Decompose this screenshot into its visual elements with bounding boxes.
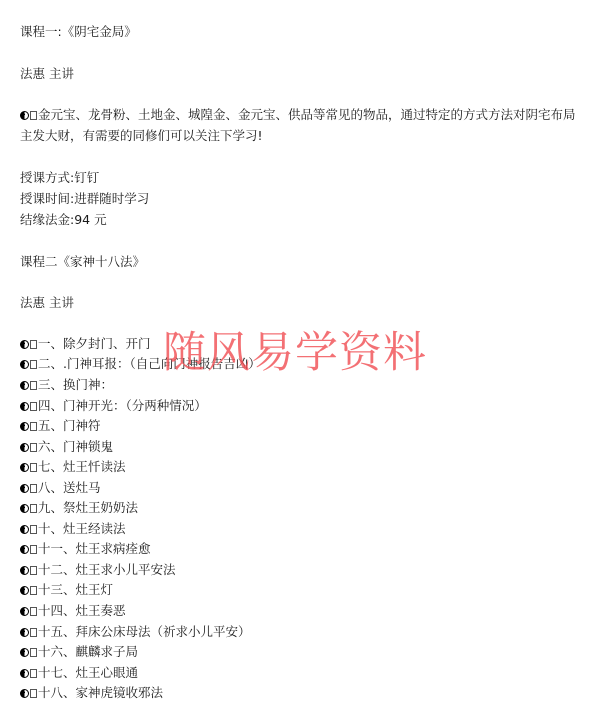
missing-glyph-icon	[30, 545, 37, 554]
course2-title: 课程二《家神十八法》	[20, 252, 145, 272]
yin-yang-bullet-icon	[20, 669, 29, 678]
yin-yang-bullet-icon	[20, 463, 29, 472]
missing-glyph-icon	[30, 360, 37, 369]
yin-yang-bullet-icon	[20, 586, 29, 595]
course2-lecturer: 法惠 主讲	[20, 293, 74, 313]
list-item: 五、门神符	[20, 416, 101, 436]
list-item: 七、灶王忏读法	[20, 457, 126, 477]
missing-glyph-icon	[30, 669, 37, 678]
yin-yang-bullet-icon	[20, 381, 29, 390]
yin-yang-bullet-icon	[20, 689, 29, 698]
course1-title: 课程一:《阴宅金局》	[20, 22, 137, 42]
list-item: 十七、灶王心眼通	[20, 663, 138, 683]
missing-glyph-icon	[30, 566, 37, 575]
course1-description-text: 金元宝、龙骨粉、土地金、城隍金、金元宝、供品等常见的物品，通过特定的方式方法对阴…	[20, 107, 576, 143]
list-item: 十、灶王经读法	[20, 519, 126, 539]
yin-yang-bullet-icon	[20, 607, 29, 616]
list-item: 十五、拜床公床母法（祈求小儿平安）	[20, 622, 251, 642]
list-item: 十三、灶王灯	[20, 580, 113, 600]
missing-glyph-icon	[30, 443, 37, 452]
yin-yang-bullet-icon	[20, 525, 29, 534]
yin-yang-bullet-icon	[20, 566, 29, 575]
list-item: 二、.门神耳报：（自己向门神报告吉凶）	[20, 354, 261, 374]
missing-glyph-icon	[30, 111, 37, 120]
list-item: 十八、家神虎镜收邪法	[20, 683, 163, 703]
yin-yang-bullet-icon	[20, 648, 29, 657]
list-item: 四、门神开光：（分两种情况）	[20, 396, 207, 416]
list-item: 十六、麒麟求子局	[20, 642, 138, 662]
missing-glyph-icon	[30, 648, 37, 657]
yin-yang-bullet-icon	[20, 340, 29, 349]
list-item: 三、换门神：	[20, 375, 113, 395]
course1-method: 授课方式:钉钉	[20, 168, 99, 188]
missing-glyph-icon	[30, 422, 37, 431]
missing-glyph-icon	[30, 484, 37, 493]
course1-lecturer: 法惠 主讲	[20, 64, 74, 84]
course1-description: 金元宝、龙骨粉、土地金、城隍金、金元宝、供品等常见的物品，通过特定的方式方法对阴…	[20, 104, 580, 146]
yin-yang-bullet-icon	[20, 545, 29, 554]
missing-glyph-icon	[30, 340, 37, 349]
missing-glyph-icon	[30, 504, 37, 513]
yin-yang-bullet-icon	[20, 628, 29, 637]
missing-glyph-icon	[30, 586, 37, 595]
list-item: 十一、灶王求病痊愈	[20, 539, 151, 559]
yin-yang-bullet-icon	[20, 111, 29, 120]
yin-yang-bullet-icon	[20, 504, 29, 513]
yin-yang-bullet-icon	[20, 402, 29, 411]
missing-glyph-icon	[30, 607, 37, 616]
missing-glyph-icon	[30, 402, 37, 411]
list-item: 十四、灶王奏恶	[20, 601, 126, 621]
list-item: 九、祭灶王奶奶法	[20, 498, 138, 518]
missing-glyph-icon	[30, 628, 37, 637]
list-item: 十二、灶王求小儿平安法	[20, 560, 176, 580]
yin-yang-bullet-icon	[20, 422, 29, 431]
missing-glyph-icon	[30, 525, 37, 534]
yin-yang-bullet-icon	[20, 360, 29, 369]
yin-yang-bullet-icon	[20, 443, 29, 452]
missing-glyph-icon	[30, 381, 37, 390]
yin-yang-bullet-icon	[20, 484, 29, 493]
list-item: 六、门神锁鬼	[20, 437, 113, 457]
course1-fee: 结缘法金:94 元	[20, 210, 107, 230]
list-item: 八、送灶马	[20, 478, 101, 498]
missing-glyph-icon	[30, 689, 37, 698]
course1-time: 授课时间:进群随时学习	[20, 189, 149, 209]
list-item: 一、除夕封门、开门	[20, 334, 151, 354]
missing-glyph-icon	[30, 463, 37, 472]
